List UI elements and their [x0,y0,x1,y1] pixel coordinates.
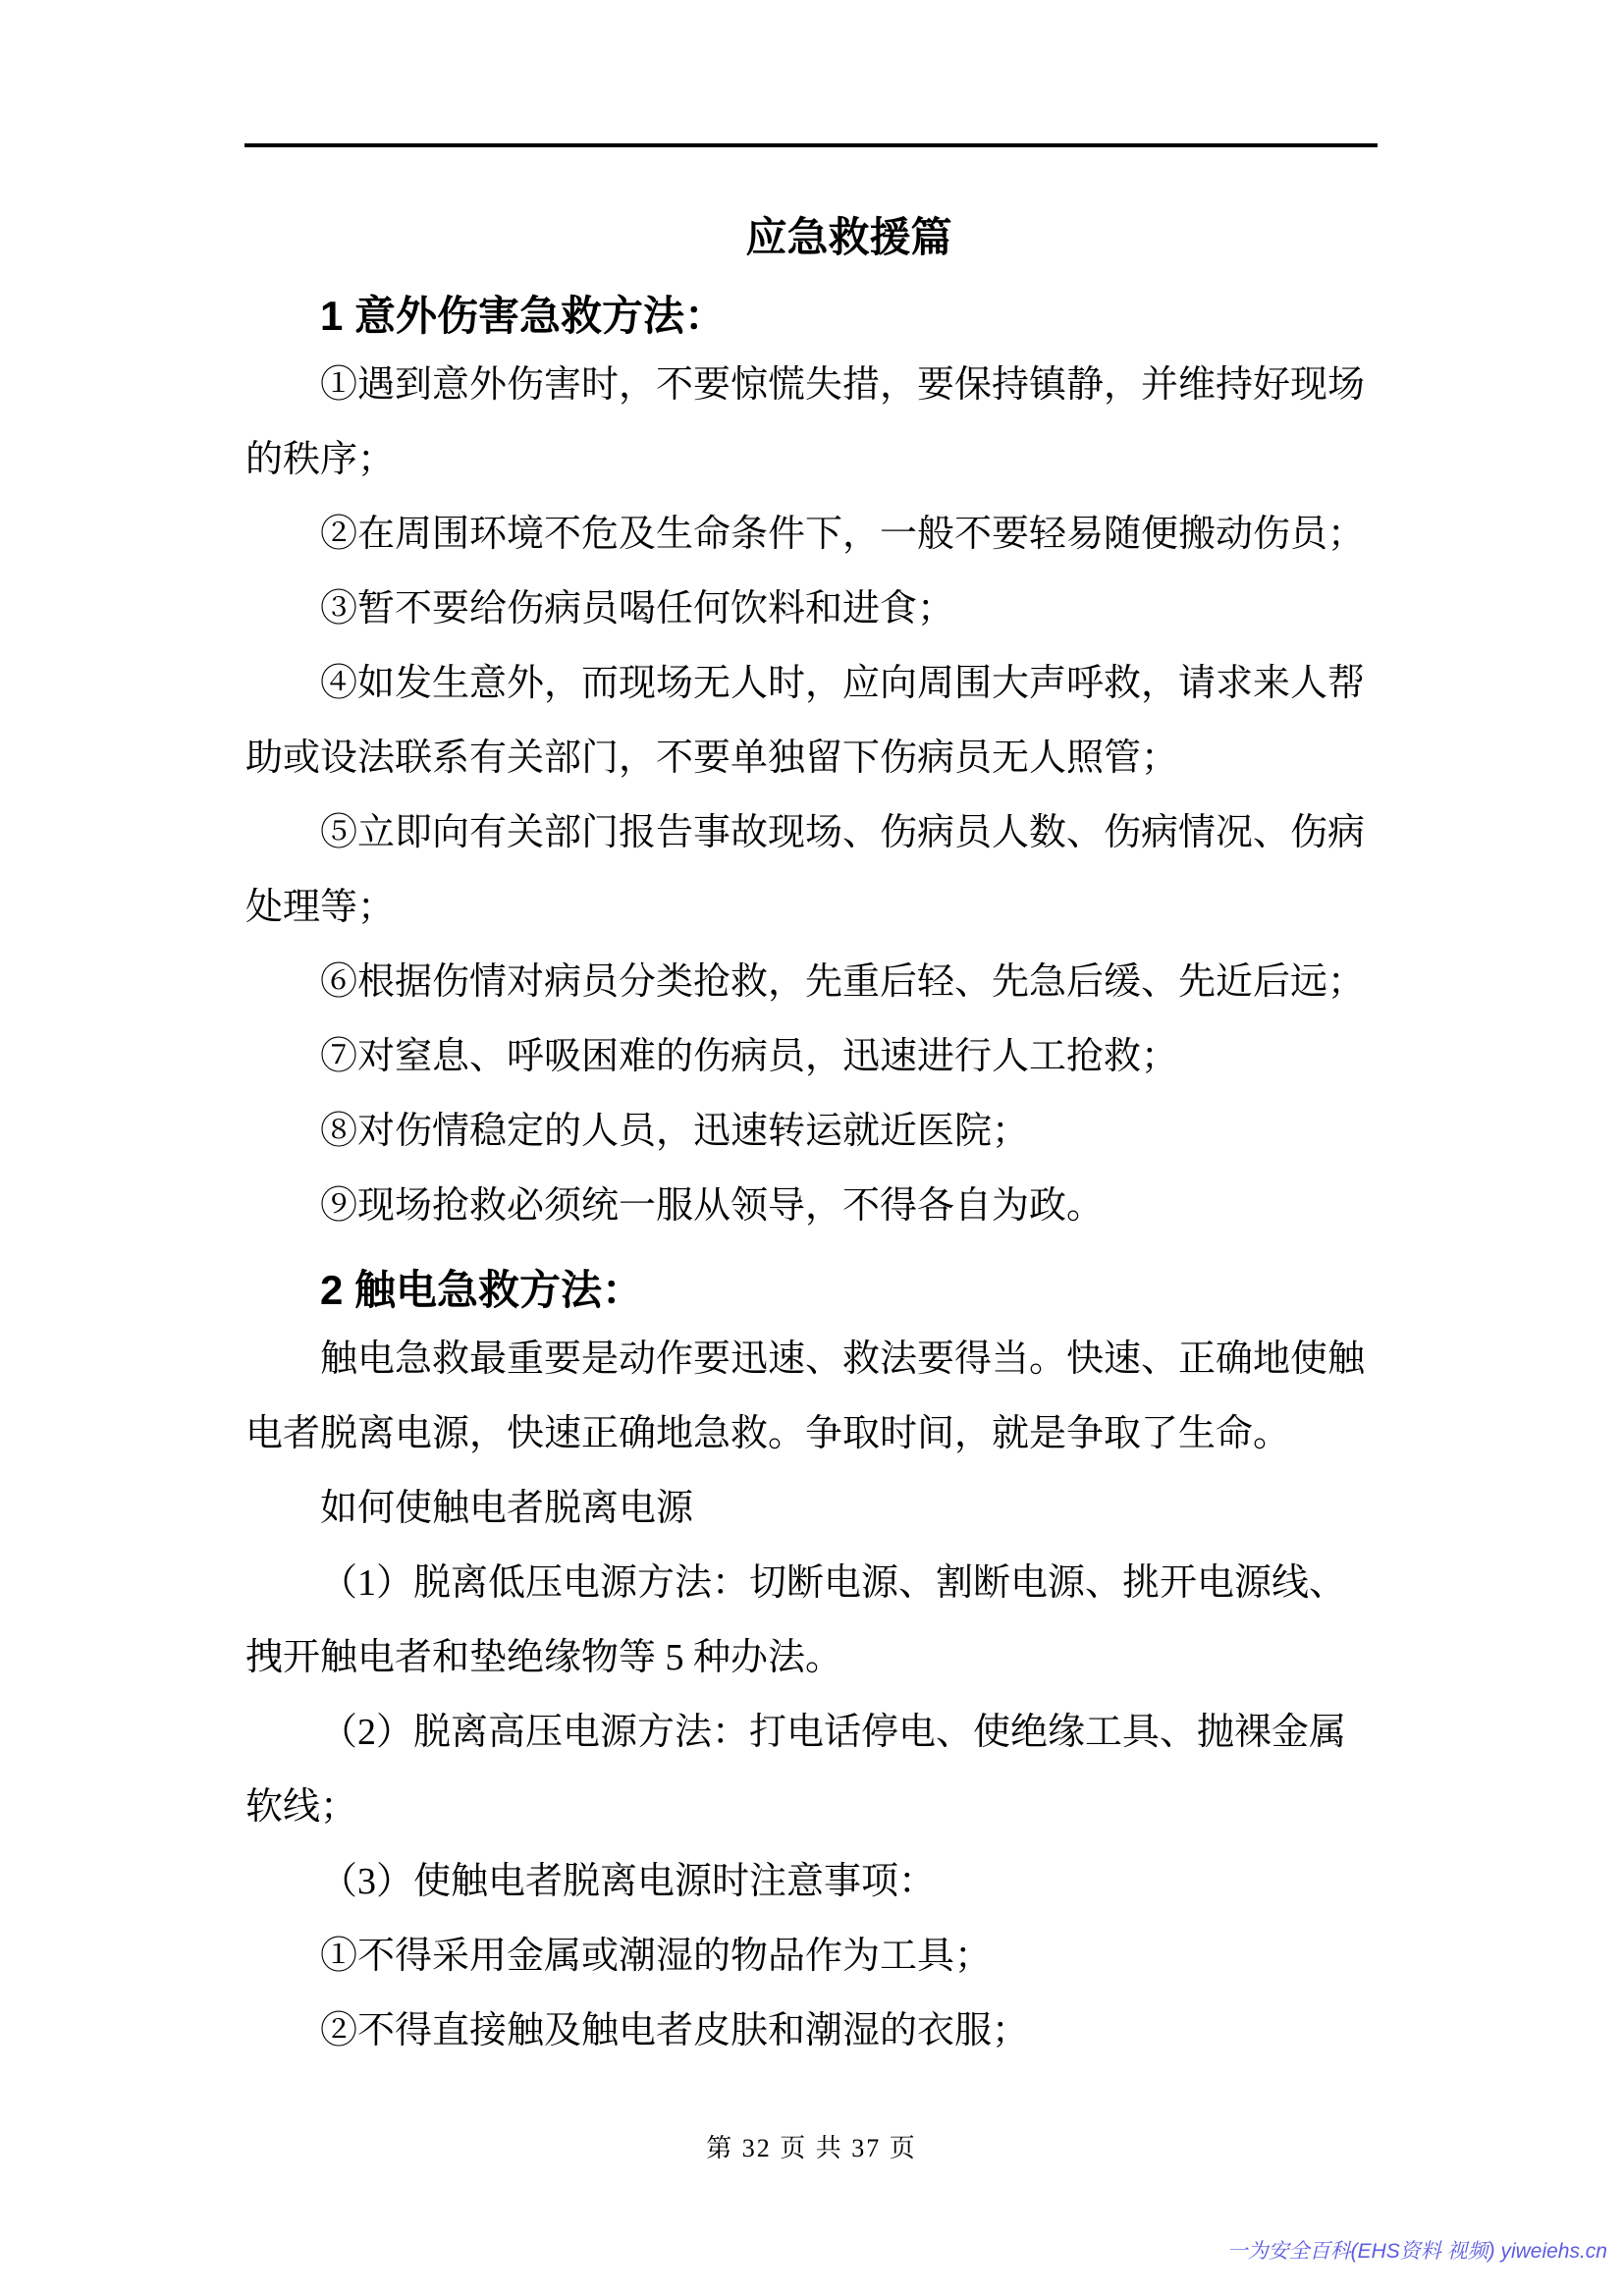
header-rule [244,143,1378,147]
body-line: 的秩序； [245,422,1378,497]
body-line: 助或设法联系有关部门，不要单独留下伤病员无人照管； [245,721,1378,795]
body-line: 处理等； [245,870,1378,945]
body-line: 电者脱离电源，快速正确地急救。争取时间，就是争取了生命。 [245,1396,1378,1471]
watermark: 一为安全百科(EHS资料 视频) yiweiehs.cn [1227,2237,1607,2267]
body-line: ②在周围环境不危及生命条件下，一般不要轻易随便搬动伤员； [245,497,1378,572]
body-line: ⑦对窒息、呼吸困难的伤病员，迅速进行人工抢救； [245,1019,1378,1094]
body-line: （3）使触电者脱离电源时注意事项： [245,1844,1378,1919]
body-line: ④如发生意外，而现场无人时，应向周围大声呼救，请求来人帮 [245,646,1378,721]
body-line: ②不得直接触及触电者皮肤和潮湿的衣服； [245,1994,1378,2068]
page-number: 第 32 页 共 37 页 [0,2129,1623,2168]
section-1-heading: 1 意外伤害急救方法： [245,285,1378,348]
body-line: （1）脱离低压电源方法：切断电源、割断电源、挑开电源线、 [245,1546,1378,1620]
body-line: ⑨现场抢救必须统一服从领导，不得各自为政。 [245,1169,1378,1243]
body-line: 如何使触电者脱离电源 [245,1471,1378,1546]
document-body: 应急救援篇 1 意外伤害急救方法： ①遇到意外伤害时，不要惊慌失措，要保持镇静，… [245,192,1378,2068]
body-line: 拽开触电者和垫绝缘物等 5 种办法。 [245,1620,1378,1695]
body-line: ①不得采用金属或潮湿的物品作为工具； [245,1919,1378,1994]
section-2-heading: 2 触电急救方法： [245,1259,1378,1322]
body-line: （2）脱离高压电源方法：打电话停电、使绝缘工具、抛裸金属 [245,1695,1378,1770]
body-line: ⑤立即向有关部门报告事故现场、伤病员人数、伤病情况、伤病 [245,795,1378,870]
body-line: 软线； [245,1770,1378,1844]
body-line: ③暂不要给伤病员喝任何饮料和进食； [245,572,1378,646]
body-line: 触电急救最重要是动作要迅速、救法要得当。快速、正确地使触 [245,1322,1378,1396]
document-page: 应急救援篇 1 意外伤害急救方法： ①遇到意外伤害时，不要惊慌失措，要保持镇静，… [0,0,1623,2296]
body-line: ⑧对伤情稳定的人员，迅速转运就近医院； [245,1094,1378,1169]
page-title: 应急救援篇 [245,206,1378,269]
body-line: ⑥根据伤情对病员分类抢救，先重后轻、先急后缓、先近后远； [245,945,1378,1019]
body-line: ①遇到意外伤害时，不要惊慌失措，要保持镇静，并维持好现场 [245,348,1378,422]
